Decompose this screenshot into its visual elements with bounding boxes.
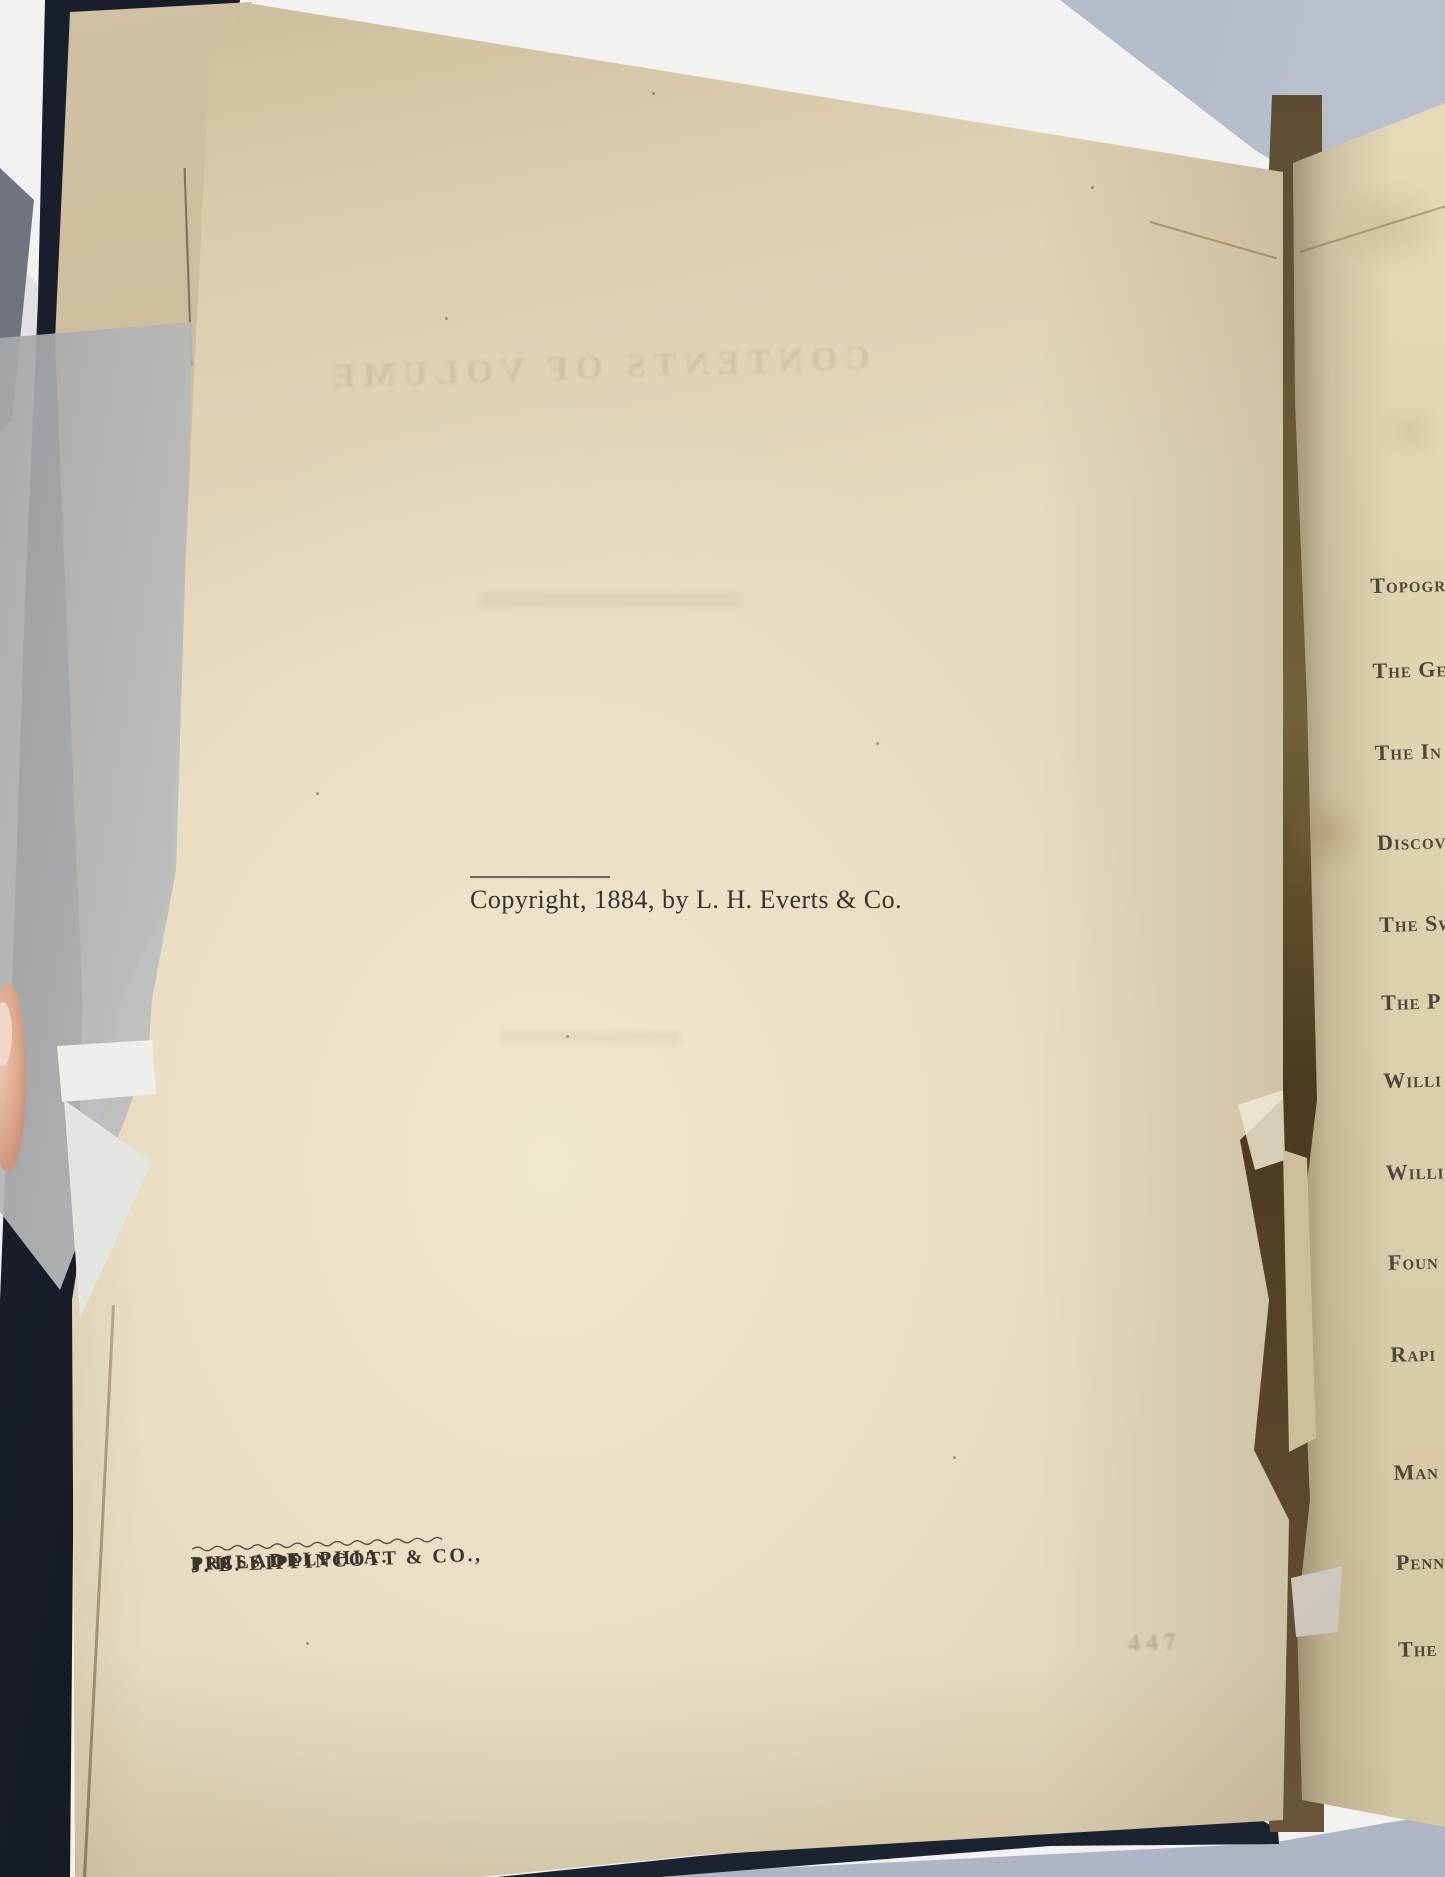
paper-speck: [1091, 186, 1094, 189]
paper-speck: [445, 317, 448, 320]
contents-entry: The In: [1374, 738, 1442, 766]
contents-entry: Discov: [1377, 828, 1445, 856]
copyright-page: [0, 0, 1445, 1877]
paper-speck: [566, 1035, 569, 1038]
ghost-page-number: 447: [1128, 1629, 1183, 1658]
contents-entry: Rapi: [1390, 1341, 1436, 1368]
contents-entry: The Ge: [1372, 656, 1445, 684]
contents-entry: The P: [1381, 988, 1442, 1016]
paper-speck: [876, 742, 879, 745]
contents-entry: The: [1398, 1636, 1438, 1663]
rule-below-copyright: [470, 876, 610, 878]
paper-speck: [306, 1642, 309, 1645]
contents-entry: The Sw: [1379, 910, 1445, 938]
contents-entry: Man: [1393, 1459, 1439, 1486]
paper-speck: [316, 792, 319, 795]
contents-entry: Foun: [1388, 1249, 1439, 1276]
contents-entry: Topogra: [1370, 571, 1445, 599]
copyright-line: Copyright, 1884, by L. H. Everts & Co.: [470, 885, 902, 915]
paper-speck: [652, 92, 655, 95]
ghost-text-smudge: [500, 1032, 680, 1044]
ghost-text-smudge: [480, 592, 740, 606]
contents-entry: Willi: [1383, 1066, 1442, 1094]
book-photograph: TopograThe GeThe InDiscovThe SwThe PWill…: [0, 0, 1445, 1877]
paper-speck: [953, 1456, 956, 1459]
contents-entry: Penn: [1396, 1549, 1445, 1576]
contents-entry: Willi: [1385, 1158, 1444, 1186]
